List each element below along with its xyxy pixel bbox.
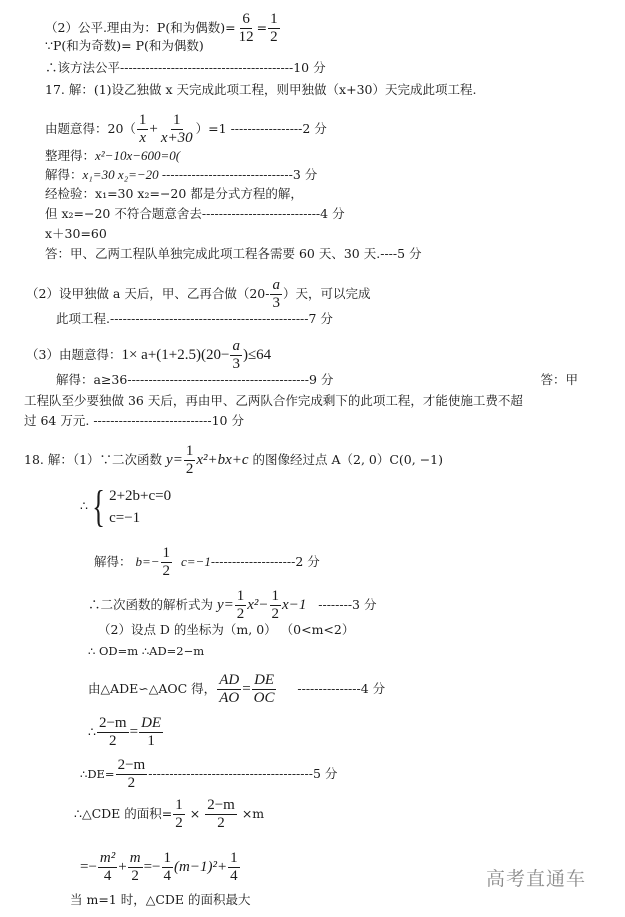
s17-equation-line: 由题意得：20（1x+1x+30）=1 -----------------2 分	[45, 112, 327, 147]
equals-neg: =−	[144, 859, 161, 875]
score-label: 5 分	[397, 246, 421, 261]
frac-den: 3	[270, 295, 282, 312]
fraction-1-x: 1x	[137, 112, 149, 147]
frac-den: 2	[270, 606, 282, 623]
fraction-1-2: 12	[268, 11, 280, 46]
frac-den: OC	[252, 690, 277, 707]
fraction-1-2: 12	[161, 545, 173, 580]
score-dashes: -------------------------------	[162, 167, 293, 182]
frac-den: 2	[268, 29, 280, 46]
plus: +	[149, 121, 157, 137]
reject-text: 但 x₂=−20 不符合题意舍去	[45, 206, 202, 221]
part3-label: （3）由题意得：	[26, 347, 121, 362]
fraction-DE-1: DE1	[139, 715, 163, 750]
fraction-a-3: a3	[230, 338, 242, 373]
fraction-1-4: 14	[162, 850, 174, 885]
s18-expand-line: =−m²4+m2=−14(m−1)²+14	[80, 850, 241, 885]
math-expr: x²−10x−600=0(	[95, 148, 180, 163]
label: 整理得：	[45, 148, 95, 163]
math-expr: x−1	[282, 597, 306, 613]
fraction-DE-OC: DEOC	[252, 672, 277, 707]
score-label: 5 分	[313, 766, 337, 781]
part2-text: （2）设甲独做 a 天后，甲、乙再合做（20-	[26, 286, 269, 301]
score-dashes: ---------------------------------------	[148, 766, 313, 781]
s16-because-line: ∵P(和为奇数)= P(和为偶数)	[45, 38, 204, 54]
frac-num: 1	[162, 850, 174, 868]
frac-num: 1	[268, 11, 280, 29]
score-dashes: -----------------	[231, 121, 303, 136]
label: 解得：	[94, 554, 132, 569]
s18-similar-line: 由△ADE∽△AOC 得，ADAO=DEOC ---------------4 …	[88, 672, 385, 707]
s17-header: 17. 解：(1)设乙独做 x 天完成此项工程，则甲独做（x+30）天完成此项工…	[45, 82, 476, 98]
score-label: 4 分	[320, 206, 344, 221]
fraction-1-2: 12	[173, 797, 185, 832]
s17-solve-line: 解得：x₁=30 x₂=−20 ------------------------…	[45, 167, 317, 183]
score-dashes: ---------------	[297, 681, 360, 696]
fraction-m-2: m2	[128, 850, 143, 885]
frac-den: 12	[237, 29, 256, 46]
frac-num: a	[270, 277, 282, 295]
s17-part3-solve-line: 解得：a≥36---------------------------------…	[56, 372, 578, 388]
frac-num: m	[128, 850, 143, 868]
frac-den: 2	[129, 868, 141, 885]
score-label: 2 分	[302, 121, 326, 136]
score-dashes: ----------------------------	[93, 413, 211, 428]
equation-system: 2+2b+c=0c=−1	[109, 485, 171, 529]
label: 经检验：	[45, 186, 95, 201]
frac-den: 2	[107, 733, 119, 750]
frac-num: m²	[98, 850, 117, 868]
math-expr: 1× a+(1+2.5)(20−	[121, 347, 229, 363]
s17-part3-answer-line3: 过 64 万元. ----------------------------10 …	[24, 413, 244, 429]
fraction-m2-4: m²4	[98, 850, 117, 885]
score-dashes: ----------------------------	[202, 206, 320, 221]
score-dashes: --------	[318, 597, 352, 612]
fraction-2m-2: 2−m2	[116, 757, 148, 792]
math-expr: (m−1)²+	[174, 859, 227, 875]
frac-num: 1	[161, 545, 173, 563]
part2-suffix: ）天，可以完成	[283, 286, 371, 301]
therefore-symbol: ∴	[80, 498, 88, 513]
fraction-1-2: 12	[184, 443, 196, 478]
s18-ratio-line: ∴2−m2=DE1	[88, 715, 164, 750]
s17-answer-line: 答：甲、乙两工程队单独完成此项工程各需要 60 天、30 天.----5 分	[45, 246, 422, 262]
func-label: ∴二次函数的解析式为	[88, 597, 217, 612]
s17-part2-line2: 此项工程.-----------------------------------…	[56, 311, 333, 327]
answer-text: 答：甲、乙两工程队单独完成此项工程各需要 60 天、30 天.	[45, 246, 380, 261]
frac-num: 1	[137, 112, 149, 130]
area-label: ∴△CDE 的面积=	[74, 806, 172, 821]
fraction-2m-2: 2−m2	[97, 715, 129, 750]
answer-text3: 过 64 万元.	[24, 413, 93, 428]
math-expr: )≤64	[243, 347, 271, 363]
conclusion-text: ∴该方法公平	[45, 60, 120, 75]
answer-start: 答：甲	[540, 372, 578, 388]
score-label: 3 分	[352, 597, 376, 612]
fraction-a-3: a3	[270, 277, 282, 312]
math-expr: x₁=30 x₂=−20 都是分式方程的解，	[95, 186, 303, 201]
s17-check-line: 经检验：x₁=30 x₂=−20 都是分式方程的解，	[45, 186, 303, 202]
frac-num: 2−m	[97, 715, 129, 733]
s18-area-line: ∴△CDE 的面积=12 × 2−m2 ×m	[74, 797, 264, 832]
eq-prefix: 由题意得：20（	[45, 121, 136, 136]
score-label: 9 分	[309, 372, 333, 387]
s17-simplify-line: 整理得：x²−10x−600=0(	[45, 148, 180, 164]
s18-solve-line: 解得： b=−12 c=−1--------------------2 分	[94, 545, 320, 580]
frac-num: DE	[252, 672, 276, 690]
frac-den: 4	[162, 868, 174, 885]
s18-part2-header: （2）设点 D 的坐标为（m, 0） （0<m<2）	[98, 622, 354, 638]
score-label: 10 分	[293, 60, 325, 75]
math-expr: x²+bx+c	[196, 452, 248, 468]
frac-den: AO	[217, 690, 241, 707]
score-label: 7 分	[309, 311, 333, 326]
frac-den: 2	[184, 461, 196, 478]
frac-num: 1	[235, 588, 247, 606]
frac-den: 2	[126, 775, 138, 792]
brace-icon: {	[92, 485, 105, 529]
frac-num: 6	[240, 11, 252, 29]
frac-num: 1	[184, 443, 196, 461]
times: ×	[190, 806, 200, 821]
solve-text: 解得：a≥36	[56, 372, 127, 387]
math-c: c=−1	[181, 554, 211, 569]
s16-therefore-line: ∴该方法公平----------------------------------…	[45, 60, 326, 76]
fraction-AD-AO: ADAO	[217, 672, 241, 707]
math-y: y=	[166, 452, 183, 468]
s18-de-line: ∴DE=2−m2--------------------------------…	[80, 757, 337, 792]
fraction-1-4: 14	[228, 850, 240, 885]
part2-text2: 此项工程.	[56, 311, 110, 326]
frac-num: 1	[270, 588, 282, 606]
frac-num: 1	[171, 112, 183, 130]
frac-num: AD	[217, 672, 241, 690]
math-b: b=−	[136, 554, 160, 569]
frac-den: 4	[102, 868, 114, 885]
s17-part3-answer-line2: 工程队至少要独做 36 天后，再由甲、乙两队合作完成剩下的此项工程，才能使施工费…	[24, 393, 523, 409]
fraction-1-x30: 1x+30	[159, 112, 195, 147]
fraction-6-12: 612	[237, 11, 256, 46]
frac-den: 2	[215, 815, 227, 832]
header-suffix: 的图像经过点 A（2, 0）C(0, −1)	[249, 452, 443, 467]
frac-den: 2	[235, 606, 247, 623]
frac-num: a	[230, 338, 242, 356]
frac-den: 2	[161, 563, 173, 580]
equals: =	[242, 681, 250, 697]
frac-den: 3	[230, 356, 242, 373]
math-y: y=	[217, 597, 234, 613]
frac-den: x+30	[159, 130, 195, 147]
s18-header: 18. 解：（1）∵二次函数 y=12x²+bx+c 的图像经过点 A（2, 0…	[24, 443, 443, 478]
equals: =	[130, 724, 138, 740]
score-dashes: ----	[380, 246, 397, 261]
header-text: 18. 解：（1）∵二次函数	[24, 452, 166, 467]
therefore-symbol: ∴	[88, 724, 96, 739]
system-eq1: 2+2b+c=0	[109, 485, 171, 507]
label: 解得：	[45, 167, 83, 182]
frac-num: DE	[139, 715, 163, 733]
frac-num: 2−m	[116, 757, 148, 775]
s18-system: ∴{2+2b+c=0c=−1	[80, 482, 171, 530]
fraction-1-2: 12	[270, 588, 282, 623]
math-expr: x²−	[247, 597, 268, 613]
score-dashes: ----------------------------------------…	[127, 372, 309, 387]
s17-reject-line: 但 x₂=−20 不符合题意舍去------------------------…	[45, 206, 345, 222]
s18-function-line: ∴二次函数的解析式为 y=12x²−12x−1 --------3 分	[88, 588, 376, 623]
frac-num: 2−m	[205, 797, 237, 815]
frac-den: 2	[173, 815, 185, 832]
plus: +	[118, 859, 126, 875]
s18-max-line: 当 m=1 时，△CDE 的面积最大	[70, 892, 251, 908]
equals-neg: =−	[80, 859, 97, 875]
fraction-1-2: 12	[235, 588, 247, 623]
score-dashes: ----------------------------------------…	[120, 60, 293, 75]
score-label: 4 分	[361, 681, 385, 696]
frac-num: 1	[173, 797, 185, 815]
s17-part2-line: （2）设甲独做 a 天后，甲、乙再合做（20-a3）天，可以完成	[26, 277, 371, 312]
frac-den: 4	[228, 868, 240, 885]
eq-suffix: ）=1	[196, 121, 231, 136]
score-dashes: ----------------------------------------…	[110, 311, 309, 326]
times-m: ×m	[242, 806, 264, 821]
frac-den: 1	[145, 733, 157, 750]
s18-od-line: ∴ OD=m ∴AD=2−m	[88, 643, 204, 659]
de-label: ∴DE=	[80, 767, 115, 781]
score-dashes: --------------------	[211, 554, 295, 569]
frac-num: 1	[228, 850, 240, 868]
system-eq2: c=−1	[109, 507, 171, 529]
watermark: 高考直通车	[486, 864, 586, 891]
s17-part3-line: （3）由题意得：1× a+(1+2.5)(20−a3)≤64	[26, 338, 271, 373]
score-label: 3 分	[293, 167, 317, 182]
s17-xplus-line: x＋30=60	[45, 226, 107, 242]
fraction-2m-2: 2−m2	[205, 797, 237, 832]
score-label: 10 分	[212, 413, 244, 428]
s16-part2-text: （2）公平.理由为：P(和为偶数)=	[45, 20, 236, 35]
similar-text: 由△ADE∽△AOC 得，	[88, 681, 216, 696]
math-expr: x₁=30 x₂=−20	[83, 167, 162, 182]
score-label: 2 分	[295, 554, 319, 569]
frac-den: x	[137, 130, 148, 147]
equals: =	[257, 20, 267, 35]
